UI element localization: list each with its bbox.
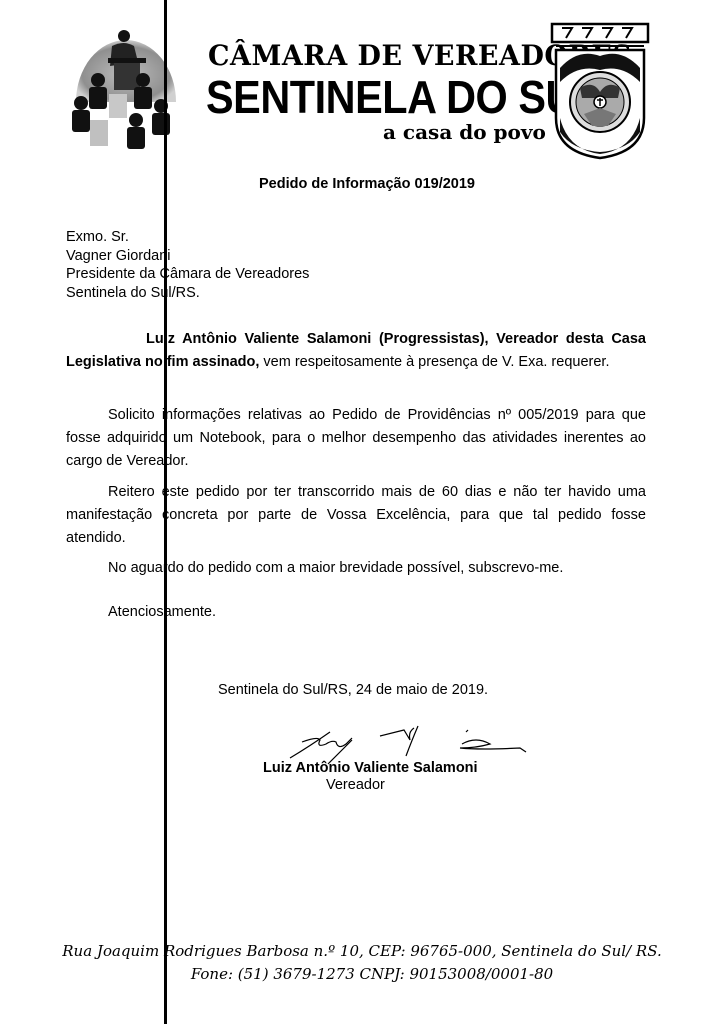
footer-address: Rua Joaquim Rodrigues Barbosa n.º 10, CE… (0, 942, 724, 960)
footer-contact: Fone: (51) 3679-1273 CNPJ: 90153008/0001… (0, 965, 724, 983)
body-paragraph-2: Reitero este pedido por ter transcorrido… (66, 481, 646, 550)
place-date: Sentinela do Sul/RS, 24 de maio de 2019. (218, 682, 488, 698)
intro-regular-text: vem respeitosamente à presença de V. Exa… (259, 354, 609, 370)
recipient-name: Vagner Giordani (66, 247, 309, 266)
recipient-block: Exmo. Sr. Vagner Giordani Presidente da … (66, 228, 309, 302)
scan-artifact-line (164, 0, 167, 1024)
closing-text: Atenciosamente. (108, 604, 216, 620)
brand-slogan: a casa do povo (383, 120, 546, 144)
document-title: Pedido de Informação 019/2019 (0, 176, 724, 192)
recipient-salutation: Exmo. Sr. (66, 228, 309, 247)
body-paragraph-1: Solicito informações relativas ao Pedido… (66, 404, 646, 473)
recipient-title: Presidente da Câmara de Vereadores (66, 265, 309, 284)
body-paragraph-3: No aguardo do pedido com a maior brevida… (66, 557, 646, 580)
signer-role: Vereador (326, 777, 385, 793)
recipient-location: Sentinela do Sul/RS. (66, 284, 309, 303)
municipal-coat-of-arms-icon (548, 22, 652, 162)
brand-name-line2: SENTINELA DO SUL (206, 70, 600, 124)
signer-name: Luiz Antônio Valiente Salamoni (263, 760, 478, 776)
intro-paragraph: Luiz Antônio Valiente Salamoni (Progress… (66, 328, 646, 374)
